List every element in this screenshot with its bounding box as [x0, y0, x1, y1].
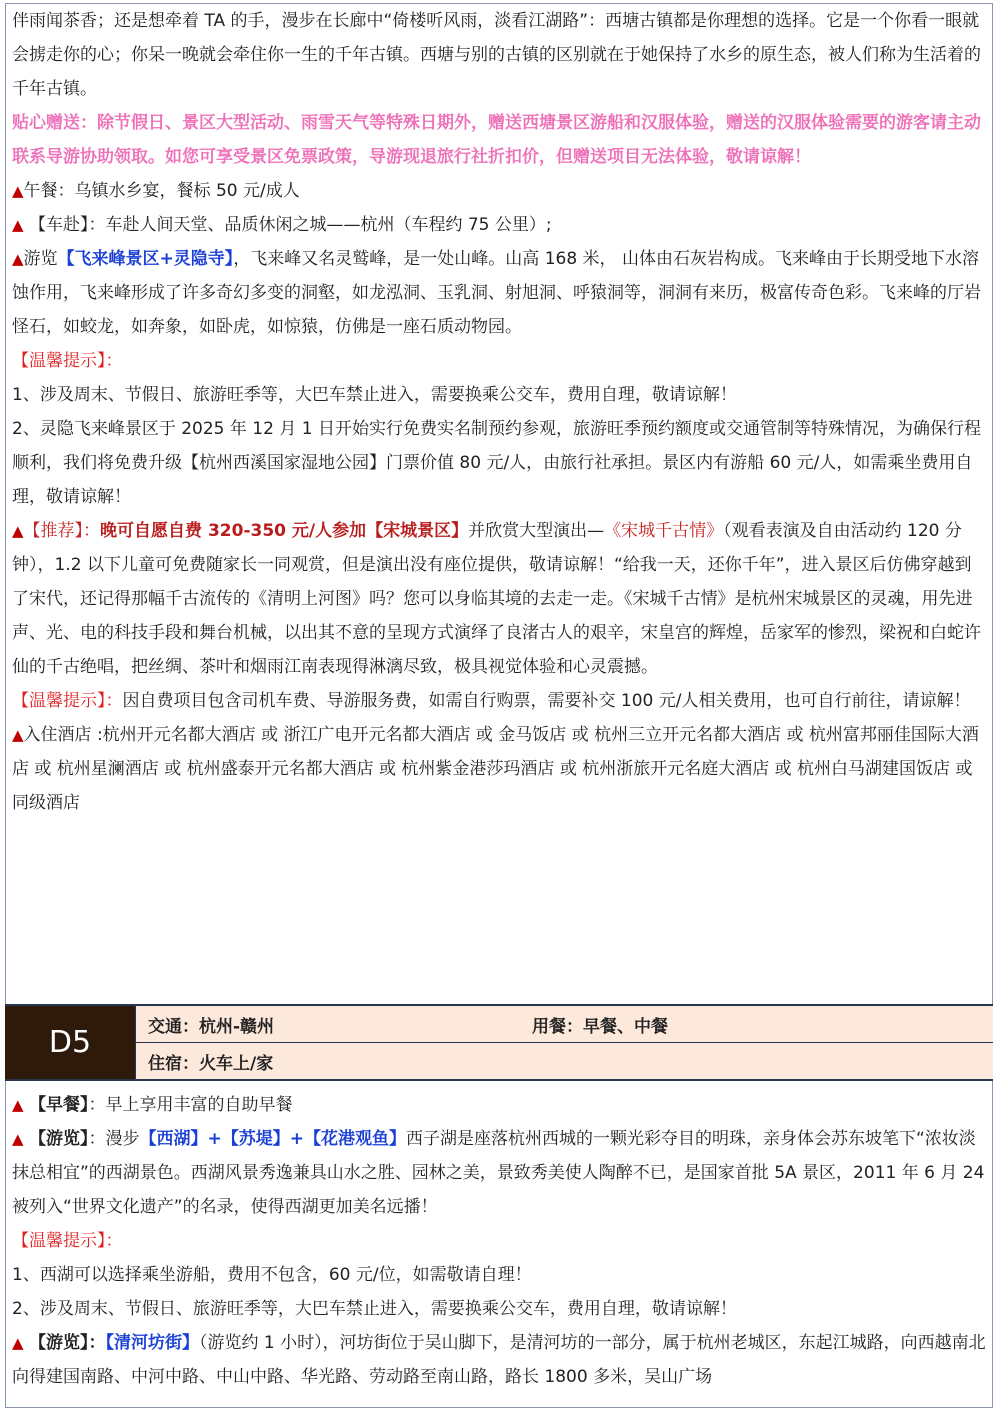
recommend-colon: ： [83, 521, 100, 541]
westlake-colon: ：漫步 [88, 1129, 139, 1149]
hefang-label: 【游览】 [29, 1333, 89, 1353]
recommend-item: ▲【推荐】：晚可自愿自费 320-350 元/人参加【宋城景区】并欣赏大型演出—… [12, 514, 988, 684]
tip-item: 2、灵隐飞来峰景区于 2025 年 12 月 1 日开始实行免费实名制预约参观，… [12, 412, 988, 514]
recommend-mid: 并欣赏大型演出— [468, 521, 604, 541]
recommend-text: （观看表演及自由活动约 120 分钟），1.2 以下儿童可免费随家长一同观赏，但… [12, 521, 981, 677]
breakfast-label: 【早餐】 [29, 1095, 89, 1115]
day5-content: ▲ 【早餐】：早上享用丰富的自助早餐 ▲ 【游览】：漫步【西湖】+【苏堤】+【花… [12, 1088, 988, 1394]
transfer-item: ▲ 【车赴】：车赴人间天堂、品质休闲之城——杭州（车程约 75 公里）; [12, 208, 988, 242]
sightseeing-prefix: 游览 [24, 249, 58, 269]
lunch-text: 午餐：乌镇水乡宴，餐标 50 元/成人 [24, 181, 300, 201]
day4-content: 伴雨闻茶香；还是想牵着 TA 的手，漫步在长廊中“倚楼听风雨，淡看江湖路”：西塘… [12, 4, 988, 820]
hefang-colon: ： [88, 1333, 105, 1353]
day-row-transport-meals: 交通：杭州-赣州 用餐：早餐、中餐 [136, 1006, 993, 1042]
recommend-highlight: 晚可自愿自费 320-350 元/人参加【宋城景区】 [100, 521, 468, 541]
hefang-item: ▲ 【游览】：【清河坊街】（游览约 1 小时），河坊街位于吴山脚下，是清河坊的一… [12, 1326, 988, 1394]
breakfast-item: ▲ 【早餐】：早上享用丰富的自助早餐 [12, 1088, 988, 1122]
gift-label: 贴心赠送： [12, 113, 97, 133]
hotel-text: 入住酒店 :杭州开元名都大酒店 或 浙江广电开元名都大酒店 或 金马饭店 或 杭… [12, 725, 979, 813]
breakfast-text: ：早上享用丰富的自助早餐 [88, 1095, 292, 1115]
meals-info: 用餐：早餐、中餐 [532, 1012, 993, 1037]
triangle-bullet-icon: ▲ [12, 1334, 24, 1352]
tip-item: 1、涉及周末、节假日、旅游旺季等，大巴车禁止进入，需要换乘公交车，费用自理，敬请… [12, 378, 988, 412]
westlake-item: ▲ 【游览】：漫步【西湖】+【苏堤】+【花港观鱼】西子湖是座落杭州西城的一颗光彩… [12, 1122, 988, 1224]
feilaifeng-highlight: 【飞来峰景区+灵隐寺】 [58, 249, 234, 269]
gift-text: 除节假日、景区大型活动、雨雪天气等特殊日期外，赠送西塘景区游船和汉服体验，赠送的… [12, 113, 981, 167]
transport-info: 交通：杭州-赣州 [148, 1012, 532, 1037]
show-title: 《宋城千古情》 [604, 521, 723, 541]
triangle-bullet-icon: ▲ [12, 1096, 24, 1114]
tips-title: 【温馨提示】： [12, 344, 988, 378]
recommend-label: 【推荐】 [24, 521, 84, 541]
tip-item: 2、涉及周末、节假日、旅游旺季等，大巴车禁止进入，需要换乘公交车，费用自理，敬请… [12, 1292, 988, 1326]
transfer-text: ：车赴人间天堂、品质休闲之城——杭州（车程约 75 公里）; [88, 215, 551, 235]
tip-item: 1、西湖可以选择乘坐游船，费用不包含，60 元/位，如需敬请自理！ [12, 1258, 988, 1292]
lunch-item: ▲午餐：乌镇水乡宴，餐标 50 元/成人 [12, 174, 988, 208]
triangle-bullet-icon: ▲ [12, 182, 24, 200]
feilaifeng-item: ▲游览【飞来峰景区+灵隐寺】，飞来峰又名灵鹫峰，是一处山峰。山高 168 米， … [12, 242, 988, 344]
highlight-huagang: 【花港观鱼】 [304, 1129, 406, 1149]
hefang-highlight: 【清河坊街】 [105, 1333, 199, 1353]
plus-sign: + [207, 1129, 221, 1149]
highlight-westlake: 【西湖】 [139, 1129, 207, 1149]
tips2: 【温馨提示】：因自费项目包含司机车费、导游服务费，如需自行购票，需要补交 100… [12, 684, 988, 718]
tips-title: 【温馨提示】： [12, 691, 123, 711]
gift-note: 贴心赠送：除节假日、景区大型活动、雨雪天气等特殊日期外，赠送西塘景区游船和汉服体… [12, 106, 988, 174]
day-header-d5: D5 交通：杭州-赣州 用餐：早餐、中餐 住宿：火车上/家 [5, 1004, 993, 1081]
highlight-sudi: 【苏堤】 [222, 1129, 290, 1149]
day-badge: D5 [5, 1006, 136, 1079]
xitang-intro: 伴雨闻茶香；还是想牵着 TA 的手，漫步在长廊中“倚楼听风雨，淡看江湖路”：西塘… [12, 4, 988, 106]
triangle-bullet-icon: ▲ [12, 522, 24, 540]
day-info: 交通：杭州-赣州 用餐：早餐、中餐 住宿：火车上/家 [136, 1006, 993, 1079]
triangle-bullet-icon: ▲ [12, 1130, 24, 1148]
westlake-label: 【游览】 [29, 1129, 89, 1149]
triangle-bullet-icon: ▲ [12, 726, 24, 744]
triangle-bullet-icon: ▲ [12, 216, 24, 234]
transfer-label: 【车赴】 [29, 215, 89, 235]
tips2-text: 因自费项目包含司机车费、导游服务费，如需自行购票，需要补交 100 元/人相关费… [123, 691, 971, 711]
triangle-bullet-icon: ▲ [12, 250, 24, 268]
plus-sign: + [290, 1129, 304, 1149]
day-row-lodging: 住宿：火车上/家 [136, 1042, 993, 1079]
lodging-info: 住宿：火车上/家 [148, 1049, 532, 1074]
tips-title: 【温馨提示】： [12, 1224, 988, 1258]
hotel-item: ▲入住酒店 :杭州开元名都大酒店 或 浙江广电开元名都大酒店 或 金马饭店 或 … [12, 718, 988, 820]
